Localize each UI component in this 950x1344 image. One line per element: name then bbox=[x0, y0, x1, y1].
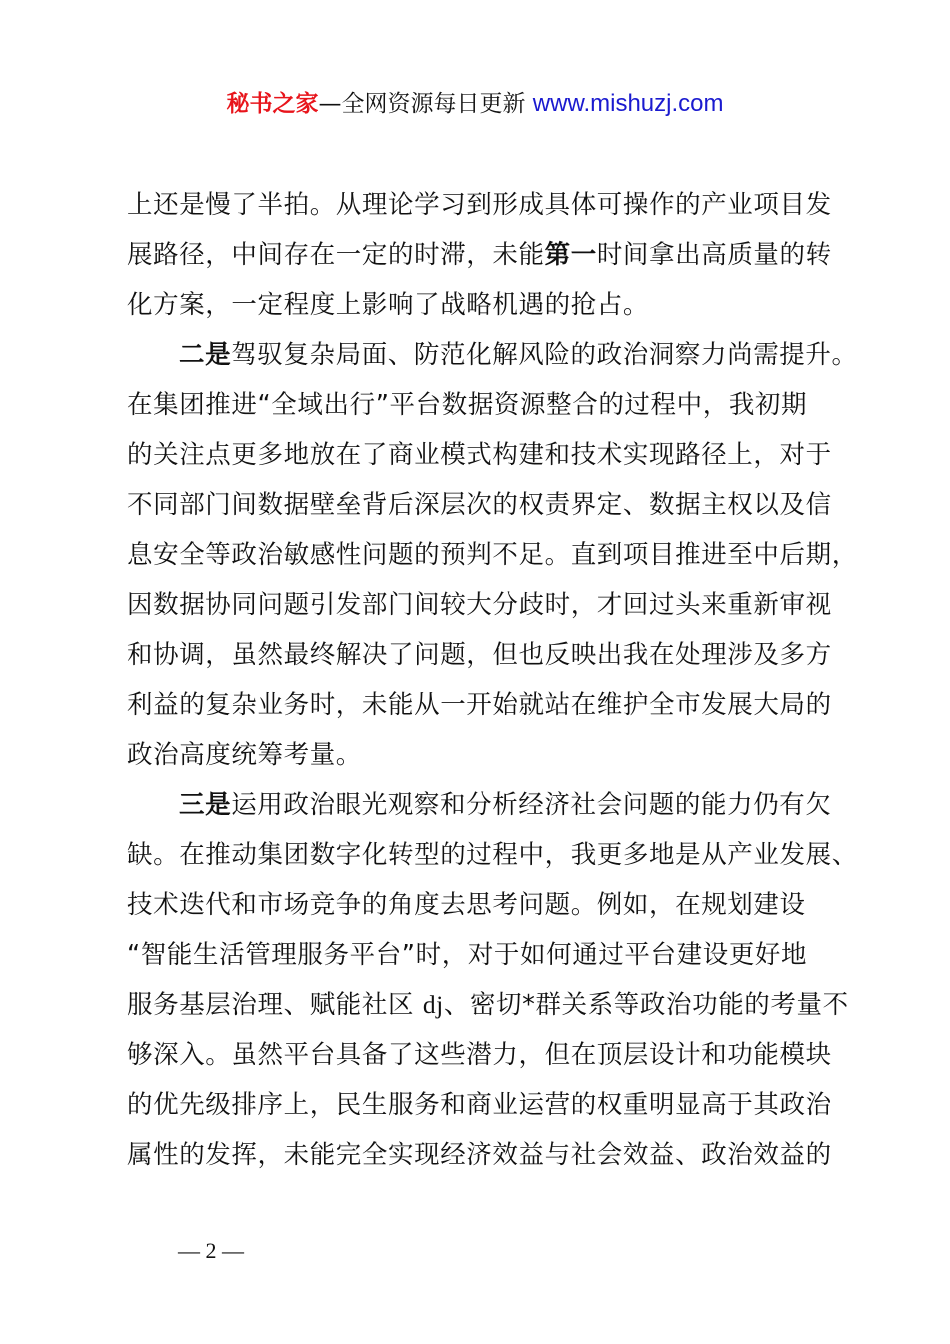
paragraph-continuation: 上还是慢了半拍。从理论学习到形成具体可操作的产业项目发 展路径，中间存在一定的时… bbox=[127, 180, 837, 330]
paragraph-third-point: 三是运用政治眼光观察和分析经济社会问题的能力仍有欠 缺。在推动集团数字化转型的过… bbox=[127, 780, 837, 1180]
text-line: 不同部门间数据壁垒背后深层次的权责界定、数据主权以及信 bbox=[127, 480, 837, 530]
text-line: 政治高度统筹考量。 bbox=[127, 730, 837, 780]
text-line: 息安全等政治敏感性问题的预判不足。直到项目推进至中后期， bbox=[127, 530, 837, 580]
text-line: 和协调，虽然最终解决了问题，但也反映出我在处理涉及多方 bbox=[127, 630, 837, 680]
text-line: 服务基层治理、赋能社区 dj、密切*群关系等政治功能的考量不 bbox=[127, 980, 837, 1030]
text-line: 上还是慢了半拍。从理论学习到形成具体可操作的产业项目发 bbox=[127, 180, 837, 230]
text-line: 利益的复杂业务时，未能从一开始就站在维护全市发展大局的 bbox=[127, 680, 837, 730]
text-line: 化方案，一定程度上影响了战略机遇的抢占。 bbox=[127, 280, 837, 330]
text-line: 够深入。虽然平台具备了这些潜力，但在顶层设计和功能模块 bbox=[127, 1030, 837, 1080]
text-line: 缺。在推动集团数字化转型的过程中，我更多地是从产业发展、 bbox=[127, 830, 837, 880]
document-body: 上还是慢了半拍。从理论学习到形成具体可操作的产业项目发 展路径，中间存在一定的时… bbox=[127, 180, 837, 1180]
text-line: 二是驾驭复杂局面、防范化解风险的政治洞察力尚需提升。 bbox=[127, 330, 837, 380]
text-line: 三是运用政治眼光观察和分析经济社会问题的能力仍有欠 bbox=[127, 780, 837, 830]
page-number: — 2 — bbox=[178, 1238, 244, 1264]
text-line: 在集团推进“全域出行”平台数据资源整合的过程中，我初期 bbox=[127, 380, 837, 430]
site-url-link[interactable]: www.mishuzj.com bbox=[533, 90, 724, 117]
paragraph-second-point: 二是驾驭复杂局面、防范化解风险的政治洞察力尚需提升。 在集团推进“全域出行”平台… bbox=[127, 330, 837, 780]
text-line: 展路径，中间存在一定的时滞，未能第一时间拿出高质量的转 bbox=[127, 230, 837, 280]
page-header: 秘书之家—全网资源每日更新 www.mishuzj.com bbox=[0, 86, 950, 122]
text-line: 属性的发挥，未能完全实现经济效益与社会效益、政治效益的 bbox=[127, 1130, 837, 1180]
text-line: 因数据协同问题引发部门间较大分歧时，才回过头来重新审视 bbox=[127, 580, 837, 630]
text-line: 的关注点更多地放在了商业模式构建和技术实现路径上，对于 bbox=[127, 430, 837, 480]
site-slogan: —全网资源每日更新 bbox=[318, 91, 532, 117]
site-brand: 秘书之家 bbox=[226, 91, 318, 117]
point-lead: 二是 bbox=[179, 340, 231, 370]
emphasis-text: 第一 bbox=[545, 240, 597, 270]
text-line: 技术迭代和市场竞争的角度去思考问题。例如，在规划建设 bbox=[127, 880, 837, 930]
text-line: 的优先级排序上，民生服务和商业运营的权重明显高于其政治 bbox=[127, 1080, 837, 1130]
point-lead: 三是 bbox=[179, 790, 231, 820]
text-line: “智能生活管理服务平台”时，对于如何通过平台建设更好地 bbox=[127, 930, 837, 980]
